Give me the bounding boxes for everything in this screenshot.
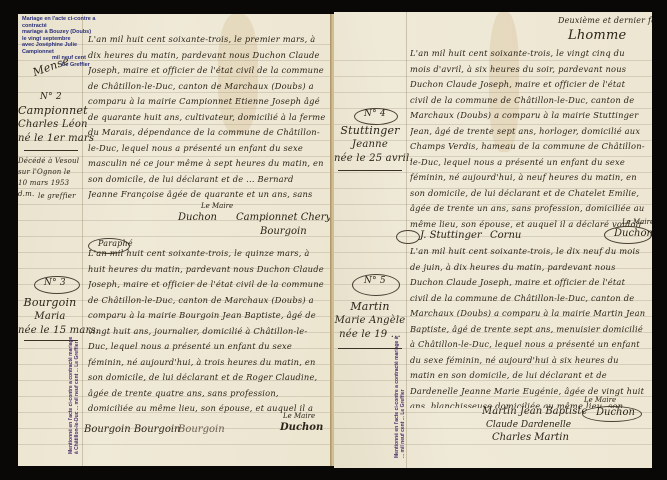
margin-entry-name: Bourgoin Maria née le 15 mars. xyxy=(18,296,82,338)
signature: J. Stuttinger xyxy=(420,230,482,241)
right-page: Deuxième et dernier feuillet Lhomme N° 4… xyxy=(334,12,652,468)
signature-label: Le Maire xyxy=(622,218,652,226)
divider xyxy=(338,170,402,171)
signature: Charles Martin xyxy=(492,432,569,443)
margin-line xyxy=(82,14,83,466)
entry-4-text: L'an mil huit cent soixante-trois, le vi… xyxy=(410,46,646,234)
margin-entry-name: Campionnet Charles Léon né le 1er mars xyxy=(18,104,82,146)
signature-label: Le Maire xyxy=(283,412,315,420)
divider xyxy=(24,150,78,151)
entry-3-text: L'an mil huit cent soixante-trois, le qu… xyxy=(88,246,326,418)
entry-number: N° 3 xyxy=(44,278,66,288)
entry-5-text: L'an mil huit cent soixante-trois, le di… xyxy=(410,244,646,408)
marriage-mention-stamp-vertical: Mentionné en l'acte ci-contre a contract… xyxy=(68,334,80,454)
entry-2-text: L'an mil huit cent soixante-trois, le pr… xyxy=(88,32,326,202)
signature: Martin Jean Baptiste xyxy=(482,406,587,417)
folio-note: Deuxième et dernier feuillet xyxy=(558,16,652,25)
paraphe-oval xyxy=(396,230,420,244)
signature: Cornu xyxy=(490,230,521,241)
margin-entry-name: Stuttinger Jeanne née le 25 avril. xyxy=(334,124,406,166)
divider xyxy=(338,348,402,349)
signature: Bourgoin xyxy=(178,424,225,435)
left-page: Mariage en l'acte ci-contre a contracté … xyxy=(18,14,334,466)
signature-label: Le Maire xyxy=(201,202,233,210)
entry-number: N° 5 xyxy=(364,276,386,286)
paraphe-signature: Lhomme xyxy=(568,28,626,43)
signature: Duchon xyxy=(178,212,217,223)
greffier-signature: le greffier xyxy=(38,192,76,200)
entry-number: N° 2 xyxy=(40,92,62,102)
signature-label: Le Maire xyxy=(584,396,616,404)
signature: Campionnet Chery xyxy=(236,212,331,223)
signature: Duchon xyxy=(596,407,635,418)
signature: Bourgoin xyxy=(260,226,307,237)
signature: Claude Dardenelle xyxy=(486,420,571,430)
entry-number: N° 4 xyxy=(364,109,386,119)
marriage-mention-stamp-vertical: Mentionné en l'acte ci-contre a contract… xyxy=(394,334,406,458)
signature: Duchon xyxy=(280,422,323,433)
signature: Duchon xyxy=(614,228,652,239)
signature: Bourgoin Bourgoin xyxy=(84,424,180,435)
